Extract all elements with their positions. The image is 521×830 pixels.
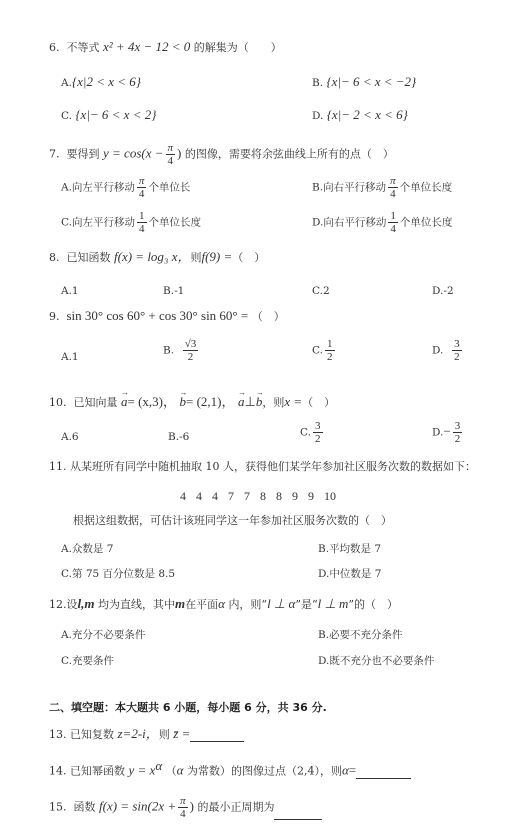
- question-stem-suffix: 的解集为（ ）: [194, 41, 282, 54]
- fraction: π4: [166, 142, 176, 167]
- question-12: 12.设l,m 均为直线，其中m在平面α 内，则“l ⊥ α”是“l ⊥ m”的…: [49, 597, 398, 612]
- option-d: D.向右平行移动14个单位长度: [312, 210, 452, 235]
- question-number: 6.: [49, 41, 60, 54]
- math-expression: sin 30° cos 60° + cos 30° sin 60° =: [67, 308, 249, 323]
- option-text: -6: [179, 431, 189, 443]
- option-label: A.: [61, 431, 72, 443]
- math-expression: z̄ =: [173, 726, 190, 741]
- fraction: 14: [388, 210, 398, 235]
- question-stem: 为常数）的图像过点（2,4），则: [187, 765, 342, 778]
- fraction: π4: [388, 175, 398, 200]
- question-stem: 不等式: [67, 41, 100, 54]
- denominator: 2: [327, 351, 333, 363]
- denominator: 2: [455, 433, 461, 445]
- question-11: 11. 从某班所有同学中随机抽取 10 人，获得他们某学年参加社区服务次数的数据…: [49, 460, 476, 474]
- option-c: C.向左平行移动14个单位长度: [61, 210, 201, 235]
- option-text: 第 75 百分位数是 8.5: [72, 568, 175, 580]
- fraction: 12: [325, 338, 335, 363]
- option-a: A.向左平行移动π4个单位长: [61, 175, 190, 200]
- question-stem: （: [166, 765, 177, 778]
- math-expression: α: [177, 763, 184, 778]
- question-9: 9. sin 30° cos 60° + cos 30° sin 60° = （…: [49, 309, 285, 324]
- question-number: 7.: [49, 148, 60, 161]
- numerator: π: [388, 175, 398, 188]
- numerator: 1: [388, 210, 398, 223]
- numerator: √3: [183, 338, 199, 351]
- question-stem: 设: [67, 598, 78, 611]
- numerator: 3: [313, 420, 323, 433]
- question-stem-suffix: ”的（ ）: [348, 598, 398, 611]
- option-text: {x|− 6 < x < 2}: [75, 107, 156, 122]
- option-d: D.中位数是 7: [318, 567, 381, 581]
- question-stem-suffix: （ ）: [232, 251, 265, 264]
- option-text: 必要不充分条件: [329, 629, 403, 641]
- math-expression: x =: [284, 394, 302, 409]
- question-number: 10.: [49, 396, 67, 409]
- numerator: π: [137, 175, 147, 188]
- denominator: 2: [188, 351, 194, 363]
- option-text: 充要条件: [72, 655, 114, 667]
- exponent: α: [155, 758, 162, 773]
- question-stem: 已知幂函数: [70, 765, 125, 778]
- option-label: D.: [312, 110, 323, 122]
- option-d: D.-2: [432, 284, 454, 298]
- option-a: A.1: [61, 284, 79, 298]
- option-b: B. {x|− 6 < x < −2}: [312, 75, 416, 90]
- section-title: 二、填空题：本大题共 6 小题，每小题 6 分，共 36 分.: [49, 699, 327, 715]
- option-a: A.6: [61, 430, 79, 444]
- option-text: {x|− 6 < x < −2}: [326, 74, 416, 89]
- option-label: C.: [312, 285, 323, 297]
- question-stem: 的最小正周期为: [197, 801, 274, 814]
- option-a: A.众数是 7: [61, 542, 113, 556]
- vector-a: a: [121, 395, 128, 409]
- option-text-suffix: 个单位长度: [149, 217, 202, 229]
- math-expression: f(9) =: [201, 249, 232, 264]
- denominator: 4: [139, 188, 145, 200]
- question-stem: 均为直线，其中: [98, 598, 175, 611]
- option-label: A.: [61, 629, 72, 641]
- option-label: A.: [61, 77, 72, 89]
- option-text: {x|2 < x < 6}: [72, 74, 141, 89]
- option-b: B.向右平行移动π4个单位长度: [312, 175, 452, 200]
- math-expression: m: [175, 596, 185, 611]
- vector-a: a: [238, 395, 245, 409]
- option-text: 中位数是 7: [329, 568, 381, 580]
- option-text-suffix: 个单位长度: [400, 182, 453, 194]
- math-expression: y = cos(x −: [103, 146, 164, 161]
- math-expression: = (x,3)，: [128, 394, 177, 409]
- option-label: A.: [61, 543, 72, 555]
- math-expression: = (2,1)，: [186, 394, 235, 409]
- option-label: B.: [163, 345, 174, 357]
- option-label: C.: [61, 217, 72, 229]
- option-label: A.: [61, 351, 72, 363]
- math-expression: l,m: [78, 596, 95, 611]
- math-expression: =: [349, 763, 356, 778]
- option-text: 2: [323, 285, 330, 297]
- option-label: B.: [312, 182, 323, 194]
- option-c: C. {x|− 6 < x < 2}: [61, 108, 156, 123]
- option-text: {x|− 2 < x < 6}: [327, 107, 408, 122]
- option-c: C.充要条件: [61, 654, 114, 668]
- fraction: 32: [313, 420, 323, 445]
- minus-sign: −: [443, 424, 450, 439]
- option-c: C.2: [312, 284, 330, 298]
- option-b: B. √32: [163, 338, 200, 363]
- data-values: 4 4 4 7 7 8 8 9 9 10: [180, 489, 336, 504]
- option-label: A.: [61, 285, 72, 297]
- option-label: B.: [318, 629, 329, 641]
- option-text: 6: [72, 431, 79, 443]
- denominator: 2: [454, 351, 460, 363]
- option-text: 向右平行移动: [323, 182, 386, 194]
- question-stem: 则: [159, 728, 170, 741]
- option-label: B.: [168, 431, 179, 443]
- denominator: 2: [315, 433, 321, 445]
- math-expression: f(x) = log₃ x，: [114, 249, 190, 264]
- option-text: 平均数是 7: [329, 543, 381, 555]
- option-c: C.第 75 百分位数是 8.5: [61, 567, 175, 581]
- option-a: A.充分不必要条件: [61, 628, 145, 642]
- question-6: 6. 不等式 x² + 4x − 12 < 0 的解集为（ ）: [49, 40, 282, 55]
- option-b: B.必要不充分条件: [318, 628, 403, 642]
- option-c: C.32: [300, 420, 325, 445]
- math-expression: f(x) = sin(2x +: [99, 799, 176, 814]
- option-label: B.: [312, 77, 323, 89]
- question-11-stem2: 根据这组数据，可估计该班同学这一年参加社区服务次数的（ ）: [73, 514, 392, 528]
- option-text: 向左平行移动: [72, 217, 135, 229]
- option-label: C.: [61, 110, 72, 122]
- denominator: 4: [180, 808, 186, 820]
- option-d: D.既不充分也不必要条件: [318, 654, 434, 668]
- question-stem: 则: [190, 251, 201, 264]
- perpendicular-symbol: ⊥: [245, 394, 256, 409]
- question-stem: 已知向量: [74, 396, 118, 409]
- math-expression: ): [190, 799, 194, 814]
- option-text-suffix: 个单位长度: [400, 217, 453, 229]
- question-7: 7. 要得到 y = cos(x −π4) 的图像，需要将余弦曲线上所有的点（ …: [49, 142, 394, 167]
- numerator: π: [178, 795, 188, 808]
- option-text: 向右平行移动: [323, 217, 386, 229]
- answer-blank[interactable]: [356, 766, 411, 779]
- option-label: D.: [432, 345, 443, 357]
- option-text: 向左平行移动: [72, 182, 135, 194]
- fraction: π4: [178, 795, 188, 820]
- denominator: 4: [390, 188, 396, 200]
- denominator: 4: [390, 223, 396, 235]
- question-stem: 在平面: [185, 598, 218, 611]
- question-13: 13. 已知复数 z=2-i，则 z̄ =: [49, 727, 244, 742]
- math-expression: ): [177, 146, 181, 161]
- option-label: B.: [163, 285, 174, 297]
- question-number: 12.: [49, 598, 67, 611]
- question-10: 10. 已知向量 a= (x,3)， b= (2,1)， a⊥b，则x =（ ）: [49, 395, 335, 410]
- option-label: D.: [312, 217, 323, 229]
- fraction: √32: [183, 338, 199, 363]
- fraction: 32: [453, 420, 463, 445]
- question-14: 14. 已知幂函数 y = xα （α 为常数）的图像过点（2,4），则α=: [49, 759, 411, 779]
- option-text: 众数是 7: [72, 543, 114, 555]
- question-15: 15. 函数 f(x) = sin(2x +π4) 的最小正周期为: [49, 795, 322, 820]
- numerator: π: [166, 142, 176, 155]
- option-text-suffix: 个单位长: [148, 182, 190, 194]
- question-number: 11.: [49, 460, 67, 473]
- question-stem: ”是“: [295, 598, 317, 611]
- option-text: 充分不必要条件: [72, 629, 146, 641]
- question-stem-suffix: （ ）: [252, 310, 285, 323]
- option-label: D.: [318, 655, 329, 667]
- numerator: 1: [137, 210, 147, 223]
- option-label: D.: [318, 568, 329, 580]
- option-d: D. 32: [432, 338, 464, 363]
- option-text: 1: [72, 285, 79, 297]
- answer-blank[interactable]: [190, 729, 244, 742]
- option-d: D. {x|− 2 < x < 6}: [312, 108, 408, 123]
- question-stem: 已知函数: [67, 251, 111, 264]
- numerator: 3: [453, 420, 463, 433]
- option-c: C.12: [312, 338, 337, 363]
- math-expression: y = x: [129, 763, 156, 778]
- math-expression: α: [218, 596, 225, 611]
- option-d: D.−32: [432, 420, 464, 445]
- fraction: 14: [137, 210, 147, 235]
- question-number: 8.: [49, 251, 60, 264]
- numerator: 1: [325, 338, 335, 351]
- question-stem: 内，则“: [228, 598, 267, 611]
- option-label: D.: [432, 285, 443, 297]
- math-expression: z=2-i，: [118, 726, 159, 741]
- option-label: C.: [61, 655, 72, 667]
- answer-blank[interactable]: [274, 807, 322, 820]
- math-expression: x² + 4x − 12 < 0: [103, 39, 190, 54]
- question-number: 14.: [49, 765, 67, 778]
- question-number: 9.: [49, 310, 60, 323]
- question-stem-suffix: 的图像，需要将余弦曲线上所有的点（ ）: [185, 148, 394, 161]
- question-number: 13.: [49, 728, 67, 741]
- math-expression: l ⊥ m: [318, 596, 349, 611]
- option-text: 既不充分也不必要条件: [329, 655, 434, 667]
- denominator: 4: [139, 223, 145, 235]
- denominator: 4: [168, 155, 174, 167]
- option-label: A.: [61, 182, 72, 194]
- option-b: B.-6: [168, 430, 189, 444]
- option-label: D.: [432, 427, 443, 439]
- numerator: 3: [452, 338, 462, 351]
- option-text: 1: [72, 351, 79, 363]
- option-label: C.: [300, 427, 311, 439]
- question-stem: ，则: [262, 396, 284, 409]
- vector-b: b: [180, 395, 187, 409]
- option-label: C.: [61, 568, 72, 580]
- option-label: B.: [318, 543, 329, 555]
- question-stem: 函数: [74, 801, 96, 814]
- vector-b: b: [256, 395, 263, 409]
- option-text: -1: [174, 285, 184, 297]
- question-number: 15.: [49, 801, 67, 814]
- option-text: -2: [443, 285, 453, 297]
- option-label: C.: [312, 345, 323, 357]
- question-8: 8. 已知函数 f(x) = log₃ x，则f(9) =（ ）: [49, 250, 265, 265]
- math-expression: l ⊥ α: [267, 596, 295, 611]
- option-a: A.{x|2 < x < 6}: [61, 75, 141, 90]
- option-b: B.-1: [163, 284, 184, 298]
- option-a: A.1: [61, 350, 79, 364]
- question-stem-suffix: （ ）: [302, 396, 335, 409]
- question-stem: 已知复数: [70, 728, 114, 741]
- question-stem: 从某班所有同学中随机抽取 10 人，获得他们某学年参加社区服务次数的数据如下：: [70, 460, 476, 473]
- fraction: 32: [452, 338, 462, 363]
- fraction: π4: [137, 175, 147, 200]
- math-expression: α: [342, 763, 349, 778]
- question-stem: 要得到: [67, 148, 100, 161]
- option-b: B.平均数是 7: [318, 542, 381, 556]
